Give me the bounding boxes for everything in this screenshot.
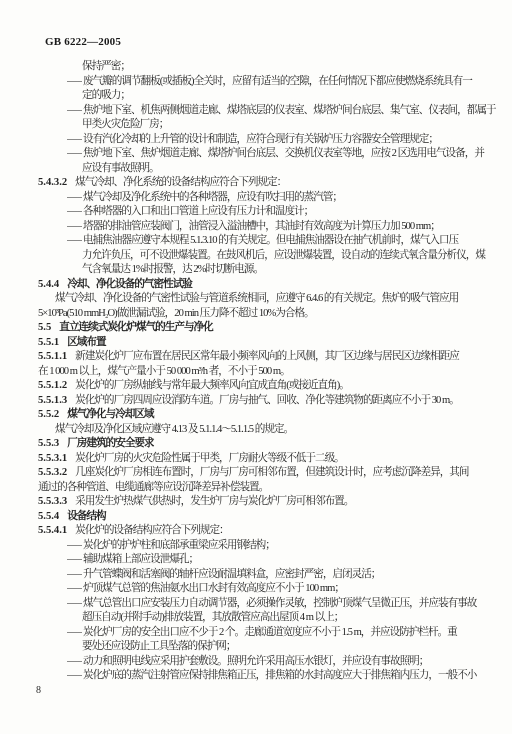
doc-line: 应设有事故照明。 (38, 162, 488, 177)
dash-leader: —— (67, 147, 82, 162)
dash-leader: —— (67, 234, 82, 249)
doc-line: ——废气瓣的调节翻板(或插板)全关时，应留有适当的空隙，在任何情况下都应使燃烧系… (38, 75, 488, 90)
line-text: 升气管蝶阀和活塞阀的轴杆应设耐温填料盒，应密封严密，启闭灵活； (83, 569, 380, 580)
line-text: 直立连续式炭化炉煤气的生产与净化 (59, 322, 213, 333)
dash-leader: —— (67, 220, 82, 235)
line-text: 通过的各种管道、电缆通廊等应设沉降差异补偿装置。 (38, 482, 268, 493)
doc-line: 5.5.1.1新建炭化炉厂应布置在居民区常年最小频率风向的上风侧，其厂区边缘与居… (38, 350, 488, 365)
dash-leader: —— (67, 75, 82, 90)
line-text: 电捕焦油器应遵守本规程 5.1.3.10 的有关规定。但电捕焦油器设在抽气机前时… (83, 235, 458, 246)
line-text: 保持严密； (82, 61, 130, 72)
line-text: 气含氧量达 1%时报警，达 2%时切断电源。 (82, 264, 263, 275)
doc-line: ——炭化炉底的蒸汽注射管应保持排焦箱正压，排焦箱的水封高度应大于排焦箱内压力，一… (38, 669, 488, 684)
doc-line: ——炭化炉厂房的安全出口应不少于 2 个。走廊通道宽度应不小于 1.5 m，并应… (38, 626, 488, 641)
clause-number: 5.5.1 (38, 337, 59, 348)
doc-line: 5×10³Pa(510 mmH₂O)做泄漏试验，20 min 压力降不超过 10… (38, 307, 488, 322)
doc-line: ——设有汽化冷却的上升管的设计和制造，应符合现行有关锅炉压力容器安全管理规定； (38, 133, 488, 148)
dash-leader: —— (67, 553, 82, 568)
line-text: 煤气净化与冷却区域 (67, 409, 153, 420)
doc-line: 煤气冷却、净化设备的气密性试验与管道系统相同，应遵守 6.4.6 的有关规定。焦… (38, 292, 488, 307)
doc-line: ——炉顶煤气总管的焦油氨水出口水封有效高度应不小于 100 mm； (38, 582, 488, 597)
doc-line: ——炭化炉的护炉柱和底部承重梁应采用钢结构； (38, 539, 488, 554)
doc-line: 定的吸力； (38, 89, 488, 104)
doc-line: ——辅助煤箱上部应设泄爆孔； (38, 553, 488, 568)
line-text: 炭化炉的设备结构应符合下列规定： (75, 525, 229, 536)
line-text: 要处还应设防止工具坠落的保护网； (82, 641, 236, 652)
doc-line: ——焦炉地下室、机焦两侧烟道走廊、煤塔底层的仪表室、煤塔炉间台底层、集气室、仪表… (38, 104, 488, 119)
doc-line: 5.5.3.1炭化炉厂房的火灾危险性属于甲类，厂房耐火等级不低于二级。 (38, 452, 488, 467)
line-text: 5×10³Pa(510 mmH₂O)做泄漏试验，20 min 压力降不超过 10… (38, 308, 314, 319)
doc-line: ——煤气总管出口应安装压力自动调节器，必须操作灵敏，控制炉顶煤气呈微正压，并应装… (38, 597, 488, 612)
line-text: 煤气冷却及净化区域应遵守 4.13 及 5.1.1.4～5.1.1.5 的规定。 (55, 424, 293, 435)
doc-line: 5.4.4冷却、净化设备的气密性试验 (38, 278, 488, 293)
line-text: 设备结构 (67, 511, 105, 522)
document-body: 保持严密；——废气瓣的调节翻板(或插板)全关时，应留有适当的空隙，在任何情况下都… (38, 60, 488, 684)
dash-leader: —— (67, 568, 82, 583)
line-text: 甲类火灾危险厂房； (82, 119, 168, 130)
line-text: 力允许负压，可不设泄爆装置。在鼓风机后，应设泄爆装置，设自动的连续式氧含量分析仪… (82, 250, 485, 261)
doc-line: ——塔器的排油管应装阀门，油管浸入溢油槽中，其油封有效高度为计算压力加 500 … (38, 220, 488, 235)
clause-number: 5.5.1.1 (38, 351, 67, 362)
doc-line: 5.5.1区域布置 (38, 336, 488, 351)
line-text: 冷却、净化设备的气密性试验 (67, 279, 192, 290)
dash-leader: —— (67, 104, 82, 119)
doc-line: 5.5.3厂房建筑的安全要求 (38, 437, 488, 452)
doc-line: ——焦炉地下室、焦炉烟道走廊、煤塔炉间台底层、交换机仪表室等地，应按 2 区选用… (38, 147, 488, 162)
line-text: 焦炉地下室、焦炉烟道走廊、煤塔炉间台底层、交换机仪表室等地，应按 2 区选用电气… (83, 148, 484, 159)
doc-line: ——各种塔器的入口和出口管道上应设有压力计和温度计； (38, 205, 488, 220)
line-text: 定的吸力； (82, 90, 130, 101)
clause-number: 5.5.4 (38, 511, 59, 522)
doc-line: ——电捕焦油器应遵守本规程 5.1.3.10 的有关规定。但电捕焦油器设在抽气机… (38, 234, 488, 249)
clause-number: 5.4.4 (38, 279, 59, 290)
doc-line: ——煤气冷却及净化系统中的各种塔器，应设有吹扫用的蒸汽管； (38, 191, 488, 206)
doc-line: 5.5.2煤气净化与冷却区域 (38, 408, 488, 423)
doc-line: 5.5.3.2几座炭化炉厂房相连布置时，厂房与厂房可相邻布置，但建筑设计时，应考… (38, 466, 488, 481)
doc-line: 在 1 000 m 以上，煤气产量小于 50 000 m³/h 者，不小于 50… (38, 365, 488, 380)
line-text: 炉顶煤气总管的焦油氨水出口水封有效高度应不小于 100 mm； (83, 583, 344, 594)
line-text: 焦炉地下室、机焦两侧烟道走廊、煤塔底层的仪表室、煤塔炉间台底层、集气室、仪表间，… (83, 105, 496, 116)
clause-number: 5.5.3.2 (38, 467, 67, 478)
dash-leader: —— (67, 669, 82, 684)
clause-number: 5.5.4.1 (38, 525, 67, 536)
document-page: GB 6222—2005 保持严密；——废气瓣的调节翻板(或插板)全关时，应留有… (0, 0, 512, 734)
dash-leader: —— (67, 133, 82, 148)
line-text: 在 1 000 m 以上，煤气产量小于 50 000 m³/h 者，不小于 50… (38, 366, 290, 377)
clause-number: 5.5.3 (38, 438, 59, 449)
line-text: 炭化炉厂房的火灾危险性属于甲类，厂房耐火等级不低于二级。 (75, 453, 344, 464)
doc-line: 5.4.3.2煤气冷却、净化系统的设备结构应符合下列规定： (38, 176, 488, 191)
clause-number: 5.5.1.3 (38, 395, 67, 406)
line-text: 废气瓣的调节翻板(或插板)全关时，应留有适当的空隙，在任何情况下都应使燃烧系统具… (83, 76, 472, 87)
doc-line: 5.5直立连续式炭化炉煤气的生产与净化 (38, 321, 488, 336)
dash-leader: —— (67, 191, 82, 206)
line-text: 设有汽化冷却的上升管的设计和制造，应符合现行有关锅炉压力容器安全管理规定； (83, 134, 438, 145)
dash-leader: —— (67, 597, 82, 612)
line-text: 塔器的排油管应装阀门，油管浸入溢油槽中，其油封有效高度为计算压力加 500 mm… (83, 221, 440, 232)
doc-line: 煤气冷却及净化区域应遵守 4.13 及 5.1.1.4～5.1.1.5 的规定。 (38, 423, 488, 438)
standard-number-header: GB 6222—2005 (45, 36, 121, 48)
dash-leader: —— (67, 539, 82, 554)
line-text: 炭化炉的厂房四周应设消防车道。厂房与抽气、回收、净化等建筑物的距离应不小于 30… (75, 395, 459, 406)
doc-line: ——动力和照明电线应采用护套敷设。照明允许采用高压水银灯，并应设有事故照明； (38, 655, 488, 670)
doc-line: 气含氧量达 1%时报警，达 2%时切断电源。 (38, 263, 488, 278)
doc-line: 通过的各种管道、电缆通廊等应设沉降差异补偿装置。 (38, 481, 488, 496)
doc-line: 保持严密； (38, 60, 488, 75)
line-text: 炭化炉的护炉柱和底部承重梁应采用钢结构； (83, 540, 275, 551)
line-text: 新建炭化炉厂应布置在居民区常年最小频率风向的上风侧，其厂区边缘与居民区边缘相距应 (75, 351, 459, 362)
clause-number: 5.5.1.2 (38, 380, 67, 391)
doc-line: 超压自动(并附手动)排放装置，其放散管应高出屋顶 4 m 以上； (38, 611, 488, 626)
doc-line: 要处还应设防止工具坠落的保护网； (38, 640, 488, 655)
line-text: 应设有事故照明。 (82, 163, 159, 174)
clause-number: 5.5.3.3 (38, 496, 67, 507)
line-text: 几座炭化炉厂房相连布置时，厂房与厂房可相邻布置，但建筑设计时，应考虑沉降差异，其… (75, 467, 468, 478)
line-text: 区域布置 (67, 337, 105, 348)
line-text: 动力和照明电线应采用护套敷设。照明允许采用高压水银灯，并应设有事故照明； (83, 656, 428, 667)
page-number: 8 (36, 685, 41, 696)
dash-leader: —— (67, 582, 82, 597)
line-text: 炭化炉厂房的安全出口应不少于 2 个。走廊通道宽度应不小于 1.5 m，并应设防… (83, 627, 457, 638)
doc-line: ——升气管蝶阀和活塞阀的轴杆应设耐温填料盒，应密封严密，启闭灵活； (38, 568, 488, 583)
line-text: 采用发生炉热煤气供热时，发生炉厂房与炭化炉厂房可相邻布置。 (75, 496, 353, 507)
doc-line: 5.5.4.1炭化炉的设备结构应符合下列规定： (38, 524, 488, 539)
line-text: 炭化炉底的蒸汽注射管应保持排焦箱正压，排焦箱的水封高度应大于排焦箱内压力，一般不… (83, 670, 476, 681)
dash-leader: —— (67, 626, 82, 641)
doc-line: 5.5.4设备结构 (38, 510, 488, 525)
line-text: 各种塔器的入口和出口管道上应设有压力计和温度计； (83, 206, 313, 217)
line-text: 煤气总管出口应安装压力自动调节器，必须操作灵敏，控制炉顶煤气呈微正压，并应装有事… (83, 598, 476, 609)
line-text: 超压自动(并附手动)排放装置，其放散管应高出屋顶 4 m 以上； (82, 612, 343, 623)
doc-line: 甲类火灾危险厂房； (38, 118, 488, 133)
clause-number: 5.5 (38, 322, 51, 333)
line-text: 辅助煤箱上部应设泄爆孔； (83, 554, 198, 565)
doc-line: 5.5.3.3采用发生炉热煤气供热时，发生炉厂房与炭化炉厂房可相邻布置。 (38, 495, 488, 510)
line-text: 厂房建筑的安全要求 (67, 438, 153, 449)
dash-leader: —— (67, 655, 82, 670)
line-text: 煤气冷却及净化系统中的各种塔器，应设有吹扫用的蒸汽管； (83, 192, 342, 203)
doc-line: 力允许负压，可不设泄爆装置。在鼓风机后，应设泄爆装置，设自动的连续式氧含量分析仪… (38, 249, 488, 264)
line-text: 煤气冷却、净化设备的气密性试验与管道系统相同，应遵守 6.4.6 的有关规定。焦… (55, 293, 458, 304)
clause-number: 5.5.2 (38, 409, 59, 420)
clause-number: 5.5.3.1 (38, 453, 67, 464)
doc-line: 5.5.1.2炭化炉的厂房纵轴线与常年最大频率风向宜成直角(或接近直角)。 (38, 379, 488, 394)
line-text: 炭化炉的厂房纵轴线与常年最大频率风向宜成直角(或接近直角)。 (75, 380, 349, 391)
dash-leader: —— (67, 205, 82, 220)
doc-line: 5.5.1.3炭化炉的厂房四周应设消防车道。厂房与抽气、回收、净化等建筑物的距离… (38, 394, 488, 409)
clause-number: 5.4.3.2 (38, 177, 67, 188)
line-text: 煤气冷却、净化系统的设备结构应符合下列规定： (75, 177, 286, 188)
